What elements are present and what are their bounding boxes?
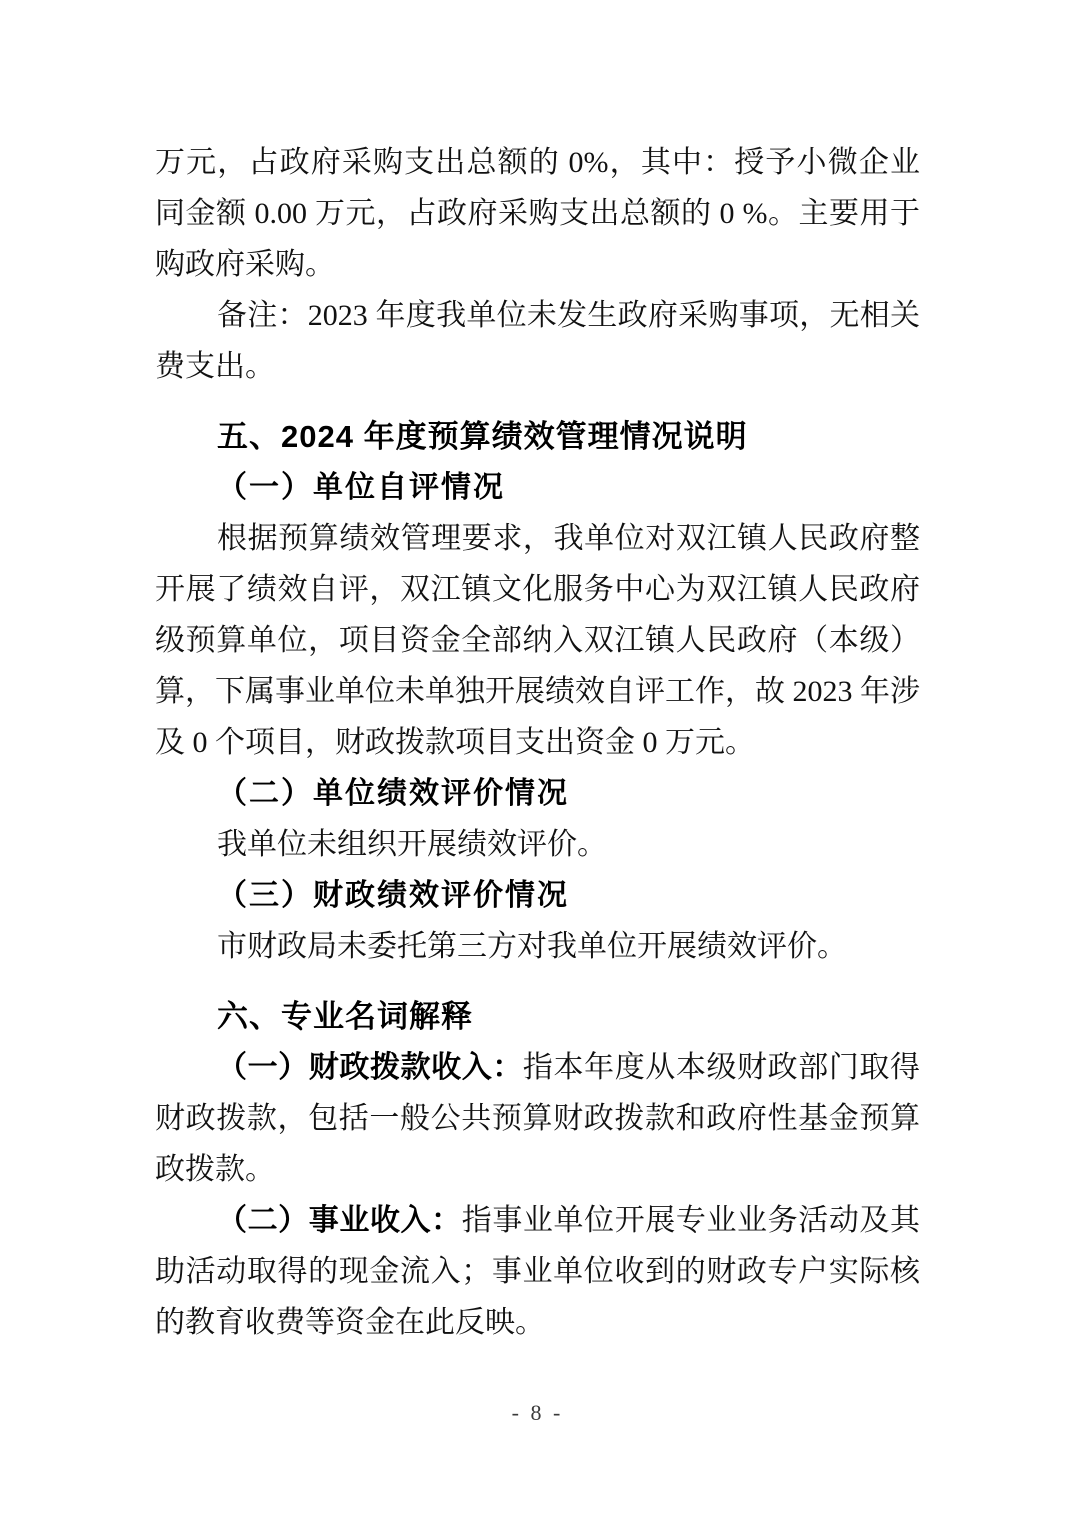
section-heading: 五、2024 年度预算绩效管理情况说明 xyxy=(155,411,920,462)
text-run: 级预算单位，项目资金全部纳入双江镇人民政府（本级）核 xyxy=(155,624,920,666)
document-body: 万元，占政府采购支出总额的 0%，其中：授予小微企业合同金额 0.00 万元，占… xyxy=(155,137,920,1348)
text-line: 助活动取得的现金流入；事业单位收到的财政专户实际核拨 xyxy=(155,1246,920,1297)
text-run: 市财政局未委托第三方对我单位开展绩效评价。 xyxy=(217,930,847,963)
text-line: （二）事业收入：指事业单位开展专业业务活动及其辅 xyxy=(155,1195,920,1246)
bold-text-run: （三）财政绩效评价情况 xyxy=(217,879,569,912)
section-heading: 六、专业名词解释 xyxy=(155,991,920,1042)
text-run: 政拨款。 xyxy=(155,1153,275,1186)
bold-text-run: 五、2024 年度预算绩效管理情况说明 xyxy=(217,419,748,454)
text-run: 的教育收费等资金在此反映。 xyxy=(155,1306,545,1339)
text-run: 备注：2023 年度我单位未发生政府采购事项，无相关经 xyxy=(217,299,920,341)
text-line: 财政拨款，包括一般公共预算财政拨款和政府性基金预算财 xyxy=(155,1093,920,1144)
text-run: 根据预算绩效管理要求，我单位对双江镇人民政府整体 xyxy=(217,522,920,564)
text-line: 根据预算绩效管理要求，我单位对双江镇人民政府整体 xyxy=(155,513,920,564)
text-line: 政拨款。 xyxy=(155,1144,920,1195)
text-line: 费支出。 xyxy=(155,341,920,392)
text-run: 算，下属事业单位未单独开展绩效自评工作，故 2023 年涉 xyxy=(155,675,920,708)
text-line: 万元，占政府采购支出总额的 0%，其中：授予小微企业合 xyxy=(155,137,920,188)
text-line: 同金额 0.00 万元，占政府采购支出总额的 0 %。主要用于采 xyxy=(155,188,920,239)
bold-text-run: （一）单位自评情况 xyxy=(217,471,505,504)
subsection-heading: （二）单位绩效评价情况 xyxy=(155,768,920,819)
text-line: 我单位未组织开展绩效评价。 xyxy=(155,819,920,870)
bold-text-run: 六、专业名词解释 xyxy=(217,999,473,1034)
bold-text-run: （一）财政拨款收入： xyxy=(217,1051,523,1084)
text-line: 级预算单位，项目资金全部纳入双江镇人民政府（本级）核 xyxy=(155,615,920,666)
text-line: 的教育收费等资金在此反映。 xyxy=(155,1297,920,1348)
text-line: 市财政局未委托第三方对我单位开展绩效评价。 xyxy=(155,921,920,972)
subsection-heading: （一）单位自评情况 xyxy=(155,462,920,513)
text-run: 费支出。 xyxy=(155,350,275,383)
text-run: 购政府采购。 xyxy=(155,248,335,281)
text-line: 购政府采购。 xyxy=(155,239,920,290)
text-line: 及 0 个项目，财政拨款项目支出资金 0 万元。 xyxy=(155,717,920,768)
text-line: 备注：2023 年度我单位未发生政府采购事项，无相关经 xyxy=(155,290,920,341)
text-line: （一）财政拨款收入：指本年度从本级财政部门取得的 xyxy=(155,1042,920,1093)
text-run: 我单位未组织开展绩效评价。 xyxy=(217,828,607,861)
text-run: 同金额 0.00 万元，占政府采购支出总额的 0 %。主要用于采 xyxy=(155,197,920,239)
bold-text-run: （二）事业收入： xyxy=(217,1204,462,1237)
text-run: 助活动取得的现金流入；事业单位收到的财政专户实际核拨 xyxy=(155,1255,920,1297)
text-run: 万元，占政府采购支出总额的 0%，其中：授予小微企业合 xyxy=(155,146,920,188)
subsection-heading: （三）财政绩效评价情况 xyxy=(155,870,920,921)
text-line: 算，下属事业单位未单独开展绩效自评工作，故 2023 年涉 xyxy=(155,666,920,717)
text-run: 及 0 个项目，财政拨款项目支出资金 0 万元。 xyxy=(155,726,755,759)
text-line: 开展了绩效自评，双江镇文化服务中心为双江镇人民政府二 xyxy=(155,564,920,615)
document-page: 万元，占政府采购支出总额的 0%，其中：授予小微企业合同金额 0.00 万元，占… xyxy=(0,0,1075,1520)
page-number: - 8 - xyxy=(0,1398,1075,1428)
bold-text-run: （二）单位绩效评价情况 xyxy=(217,777,569,810)
text-run: 财政拨款，包括一般公共预算财政拨款和政府性基金预算财 xyxy=(155,1102,920,1144)
text-run: 开展了绩效自评，双江镇文化服务中心为双江镇人民政府二 xyxy=(155,573,920,615)
